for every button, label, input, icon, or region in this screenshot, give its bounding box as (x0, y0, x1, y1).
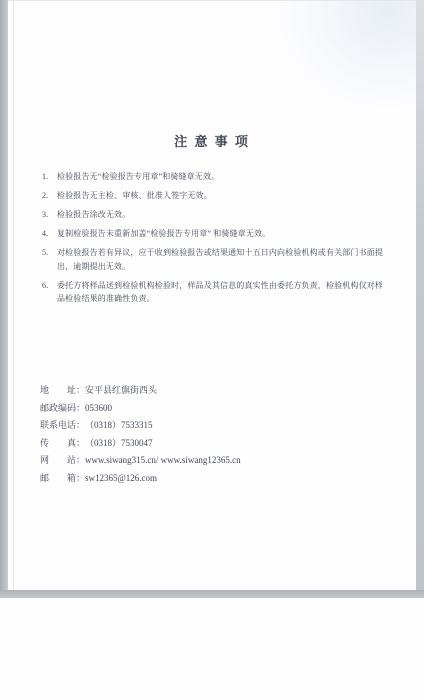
contact-value: （0318）7533315 (85, 417, 153, 435)
contact-address: 地 址：安平县红旗街西头 (40, 382, 241, 400)
item-number: 5. (42, 246, 57, 273)
contact-website: 网 站：www.siwang315.cn/ www.siwang12365.cn (40, 452, 241, 470)
contact-value: 安平县红旗街西头 (85, 382, 157, 400)
item-number: 4. (42, 227, 57, 241)
page-shadow-left (0, 0, 8, 598)
item-number: 6. (42, 279, 57, 306)
scan-line-artifact (13, 1, 14, 589)
notice-item-5: 5. 对检验报告若有异议，应于收到检验报告或结果通知十五日内向检验机构或有关部门… (42, 246, 383, 273)
contact-value: www.siwang315.cn/ www.siwang12365.cn (85, 452, 241, 470)
notice-item-1: 1. 检验报告无“检验报告专用章”和骑缝章无效。 (42, 170, 383, 184)
contact-fax: 传 真：（0318）7530047 (40, 435, 241, 453)
contact-label: 网 站： (40, 452, 85, 470)
item-text: 委托方将样品送到检验机构检验时，样品及其信息的真实性由委托方负责，检验机构仅对样… (57, 279, 383, 306)
scan-canvas: 注 意 事 项 1. 检验报告无“检验报告专用章”和骑缝章无效。 2. 检验报告… (0, 0, 424, 700)
item-text: 复制检验报告未重新加盖“检验报告专用章” 和骑缝章无效。 (57, 227, 383, 241)
contact-value: sw12365@126.com (85, 470, 157, 488)
contact-phone: 联系电话：（0318）7533315 (40, 417, 241, 435)
item-text: 检验报告无“检验报告专用章”和骑缝章无效。 (57, 170, 383, 184)
contact-postal-code: 邮政编码：053600 (40, 400, 241, 418)
page-shadow-right (416, 0, 424, 598)
notice-item-6: 6. 委托方将样品送到检验机构检验时，样品及其信息的真实性由委托方负责，检验机构… (42, 279, 383, 306)
notice-item-2: 2. 检验报告无主检、审核、批准人签字无效。 (42, 189, 383, 203)
document-page: 注 意 事 项 1. 检验报告无“检验报告专用章”和骑缝章无效。 2. 检验报告… (8, 0, 416, 590)
item-number: 2. (42, 189, 57, 203)
contact-label: 邮 箱： (40, 470, 85, 488)
item-number: 1. (42, 170, 57, 184)
contact-value: 053600 (85, 400, 112, 418)
notice-item-4: 4. 复制检验报告未重新加盖“检验报告专用章” 和骑缝章无效。 (42, 227, 383, 241)
notice-list: 1. 检验报告无“检验报告专用章”和骑缝章无效。 2. 检验报告无主检、审核、批… (42, 170, 383, 311)
contact-label: 地 址： (40, 382, 85, 400)
contact-block: 地 址：安平县红旗街西头 邮政编码：053600 联系电话：（0318）7533… (40, 382, 241, 488)
page-shadow-bottom (0, 590, 424, 598)
contact-label: 传 真： (40, 435, 85, 453)
contact-value: （0318）7530047 (85, 435, 153, 453)
page-title: 注 意 事 项 (8, 131, 416, 150)
item-text: 对检验报告若有异议，应于收到检验报告或结果通知十五日内向检验机构或有关部门书面提… (57, 246, 383, 273)
item-number: 3. (42, 208, 57, 222)
scan-smudge-artifact (276, 1, 416, 111)
contact-label: 联系电话： (40, 417, 85, 435)
item-text: 检验报告涂改无效。 (57, 208, 383, 222)
item-text: 检验报告无主检、审核、批准人签字无效。 (57, 189, 383, 203)
contact-label: 邮政编码： (40, 400, 85, 418)
notice-item-3: 3. 检验报告涂改无效。 (42, 208, 383, 222)
contact-email: 邮 箱：sw12365@126.com (40, 470, 241, 488)
